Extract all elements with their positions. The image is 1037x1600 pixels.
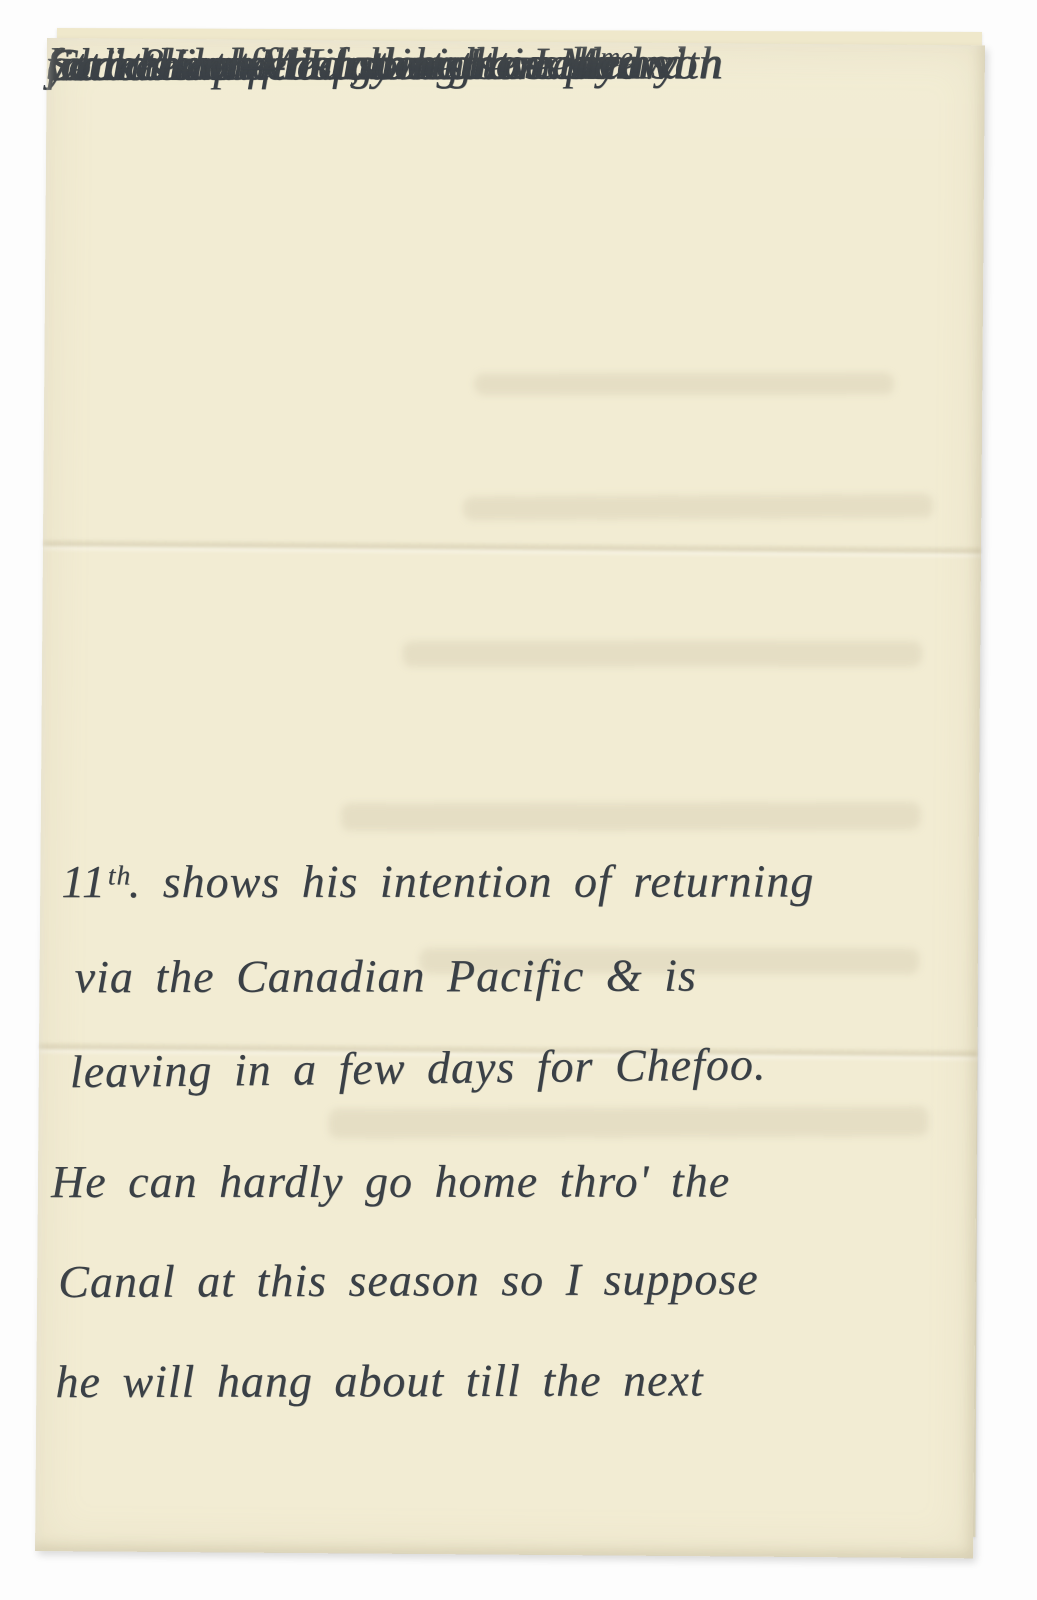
ink-show-through (402, 641, 922, 667)
ink-show-through (341, 802, 921, 832)
scanned-letter: 11ᵗʰ. shows his intention of returning v… (0, 0, 1037, 1600)
handwritten-line: leaving in a few days for Chefoo. (70, 1037, 767, 1098)
ink-show-through (474, 373, 894, 395)
handwritten-line: via the Canadian Pacific & is (75, 949, 697, 1004)
handwritten-line: he will hang about till the next (55, 1353, 703, 1408)
letter-page: 11ᵗʰ. shows his intention of returning v… (35, 38, 985, 1558)
fold-crease (43, 538, 981, 559)
handwritten-line: He can hardly go home thro' the (51, 1154, 730, 1208)
handwritten-line: Canal at this season so I suppose (58, 1252, 759, 1308)
ink-show-through (328, 1106, 928, 1139)
ink-show-through (463, 494, 933, 521)
handwritten-line: from her — Last night I had (47, 36, 643, 91)
handwritten-line: 11ᵗʰ. shows his intention of returning (61, 854, 814, 908)
